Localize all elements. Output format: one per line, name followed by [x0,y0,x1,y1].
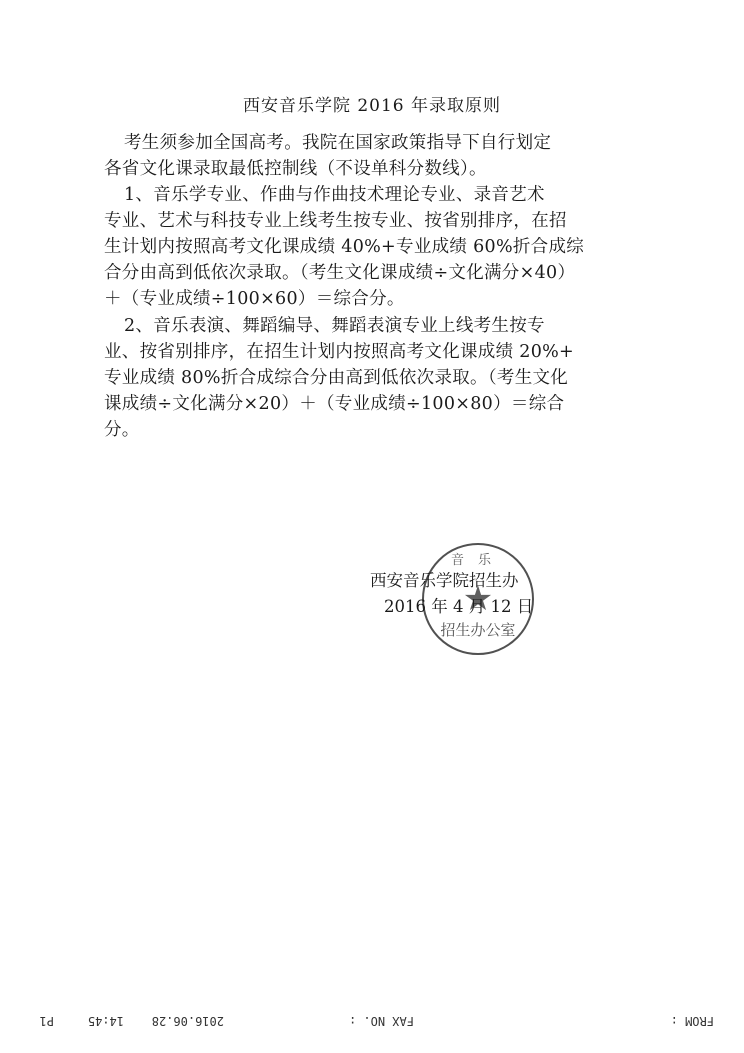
rule-2-paragraph: 2、音乐表演、舞蹈编导、舞蹈表演专业上线考生按专 业、按省别排序，在招生计划内按… [104,313,604,443]
text-line: 各省文化课录取最低控制线（不设单科分数线）。 [104,156,604,182]
text-line: ＋（专业成绩÷100×60）＝综合分。 [104,286,604,312]
text-line: 合分由高到低依次录取。（考生文化课成绩÷文化满分×40） [104,260,604,286]
text-line: 专业、艺术与科技专业上线考生按专业、按省别排序，在招 [104,208,604,234]
text-line: 业、按省别排序，在招生计划内按照高考文化课成绩 20%+ [104,339,604,365]
signature-block: 西安音乐学院招生办 2016 年 4 月 12 日 [370,568,533,620]
signature-office: 西安音乐学院招生办 [370,568,533,594]
intro-paragraph: 考生须参加全国高考。我院在国家政策指导下自行划定 各省文化课录取最低控制线（不设… [104,130,604,182]
fax-date: 2016.06.28 [152,1014,224,1028]
seal-bottom-text: 招生办公室 [424,619,532,640]
fax-from: FROM : [671,1014,714,1028]
fax-time: 14:45 [88,1014,124,1028]
fax-number: FAX NO. : [349,1014,414,1028]
rule-1-paragraph: 1、音乐学专业、作曲与作曲技术理论专业、录音艺术 专业、艺术与科技专业上线考生按… [104,182,604,312]
text-line: 课成绩÷文化满分×20）＋（专业成绩÷100×80）＝综合 [104,391,604,417]
signature-date: 2016 年 4 月 12 日 [370,594,533,620]
text-line: 1、音乐学专业、作曲与作曲技术理论专业、录音艺术 [104,182,604,208]
text-line: 分。 [104,417,604,443]
seal-top-text: 音乐 [424,549,532,568]
text-line: 生计划内按照高考文化课成绩 40%+专业成绩 60%折合成综 [104,234,604,260]
text-line: 2、音乐表演、舞蹈编导、舞蹈表演专业上线考生按专 [104,313,604,339]
text-line: 考生须参加全国高考。我院在国家政策指导下自行划定 [104,130,604,156]
text-line: 专业成绩 80%折合成综合分由高到低依次录取。（考生文化 [104,365,604,391]
fax-page: P1 [40,1014,54,1028]
fax-header-upside-down: FROM : FAX NO. : 2016.06.28 14:45 P1 [0,1010,744,1028]
document-title: 西安音乐学院 2016 年录取原则 [0,91,744,116]
